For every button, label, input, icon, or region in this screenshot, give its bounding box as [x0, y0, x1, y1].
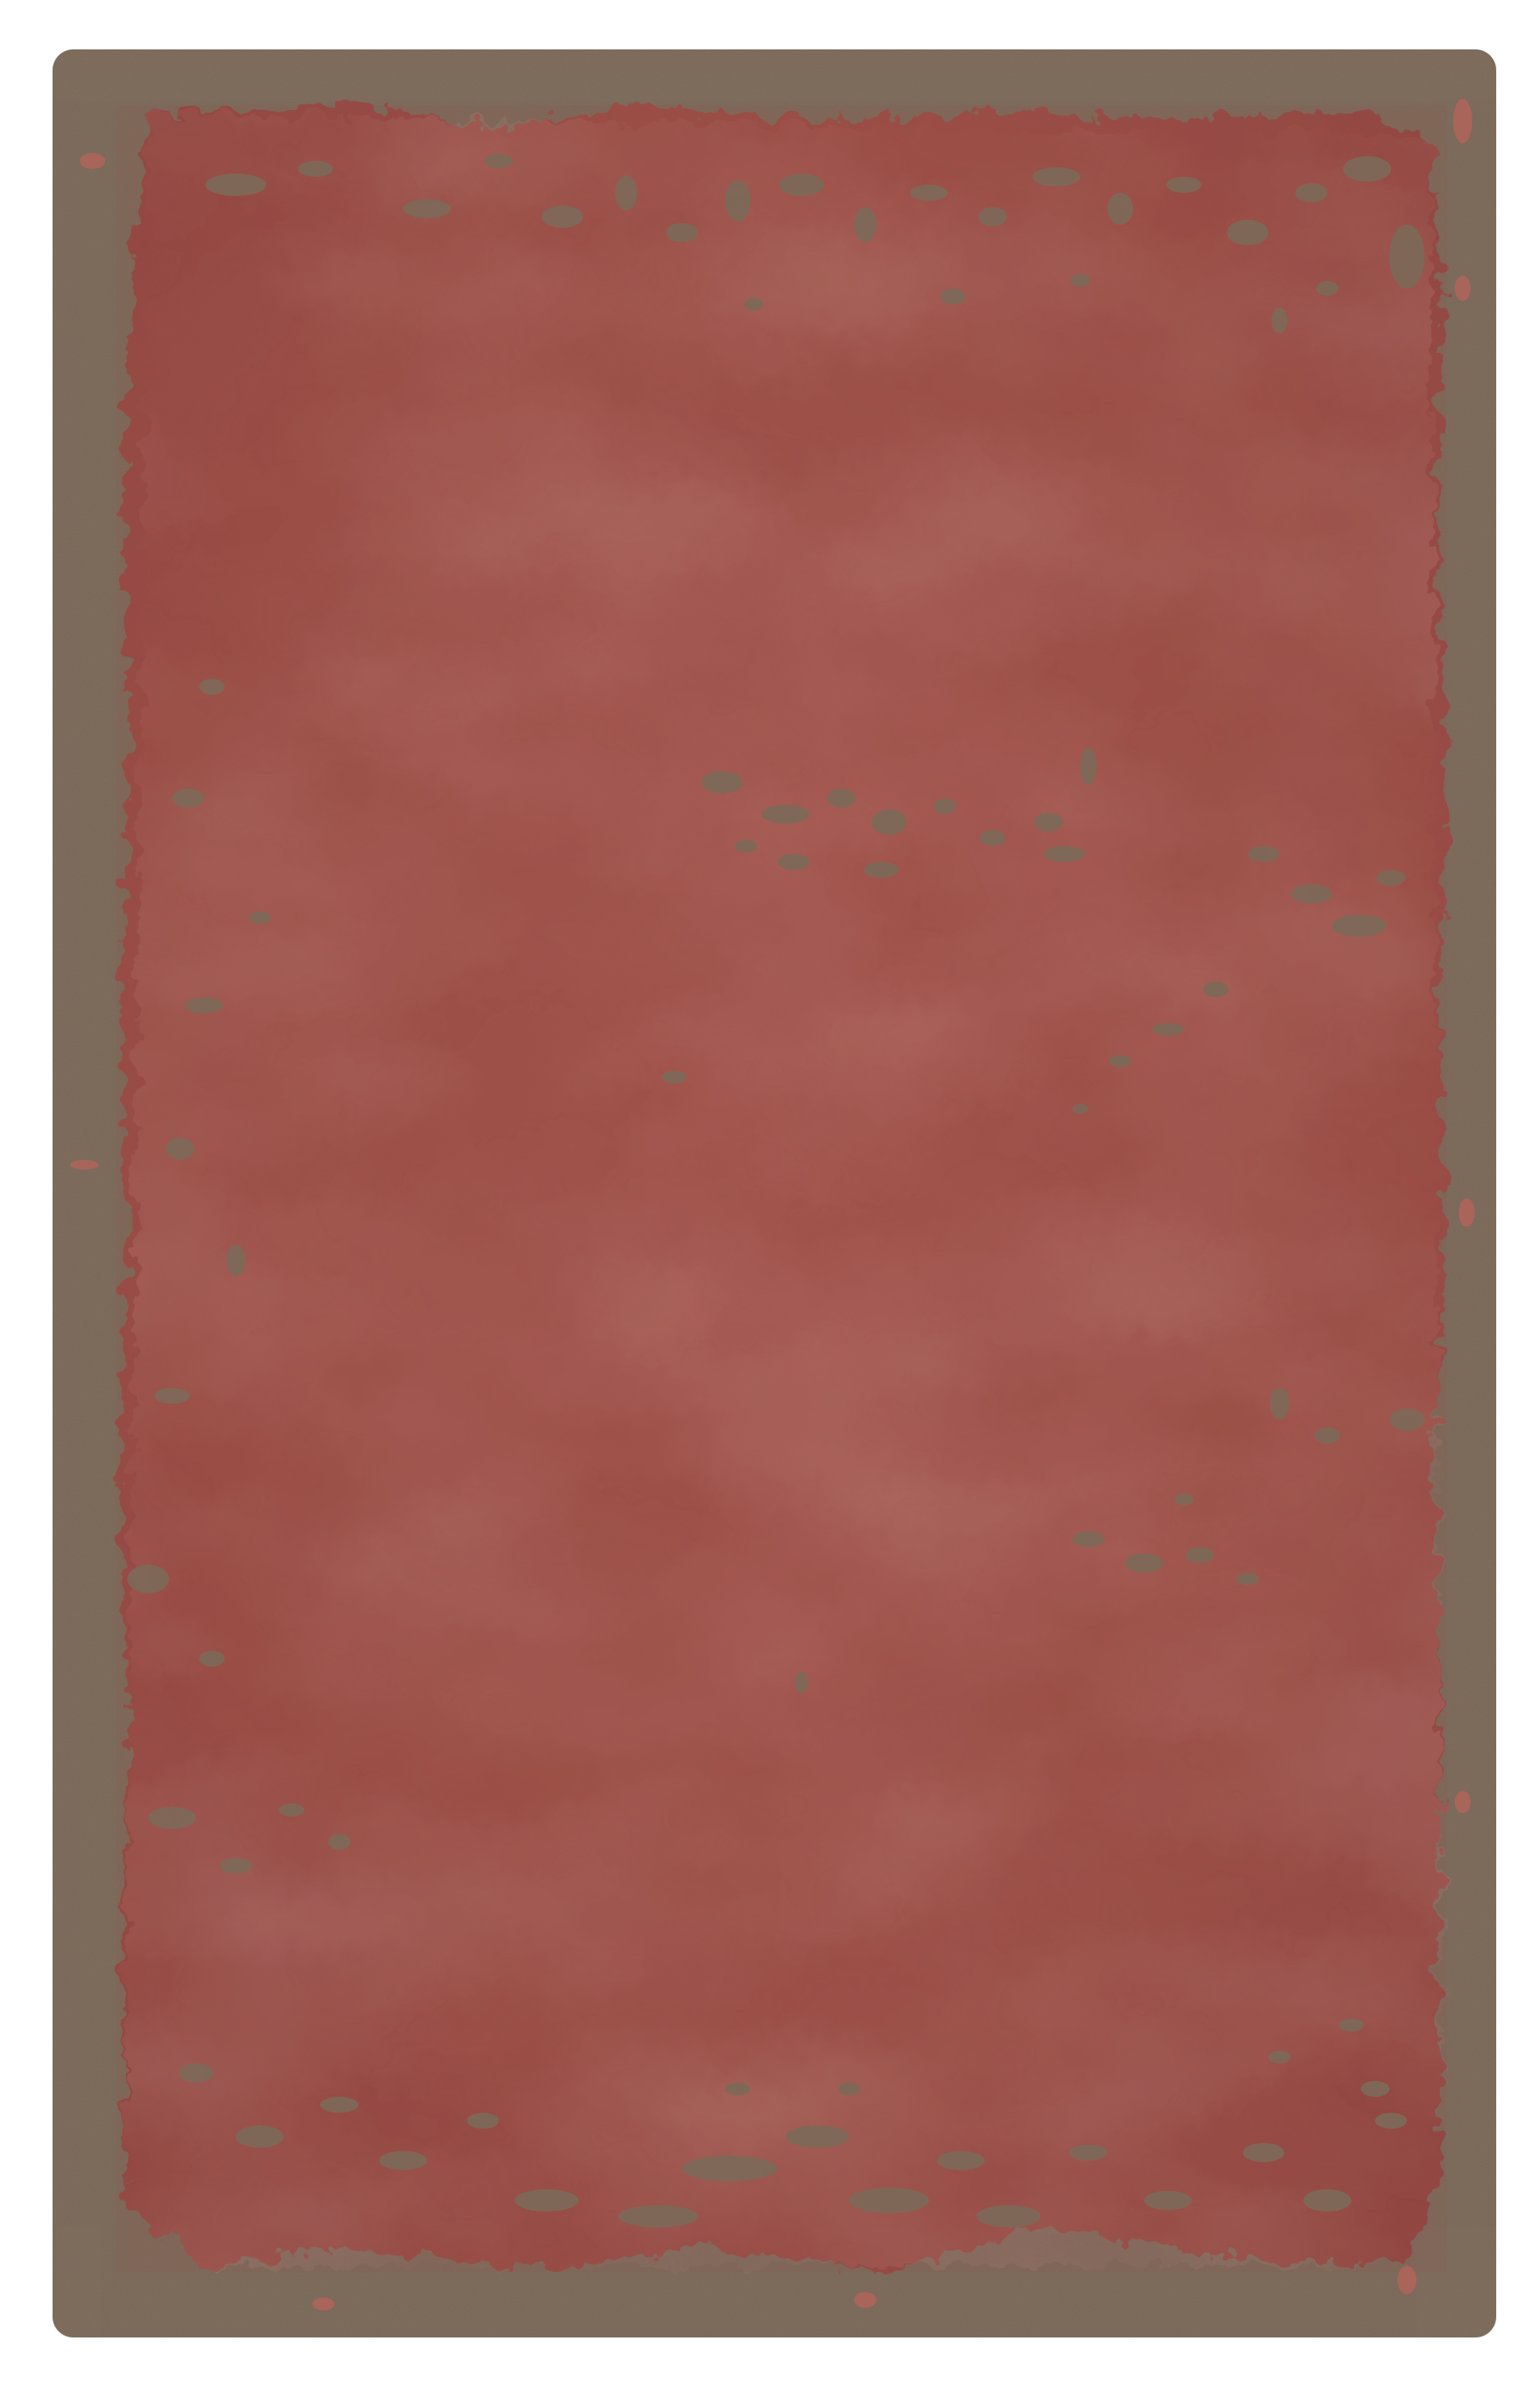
rug-image	[53, 49, 1496, 2337]
rug-artwork	[53, 49, 1496, 2337]
product-photo-canvas	[0, 0, 1540, 2390]
